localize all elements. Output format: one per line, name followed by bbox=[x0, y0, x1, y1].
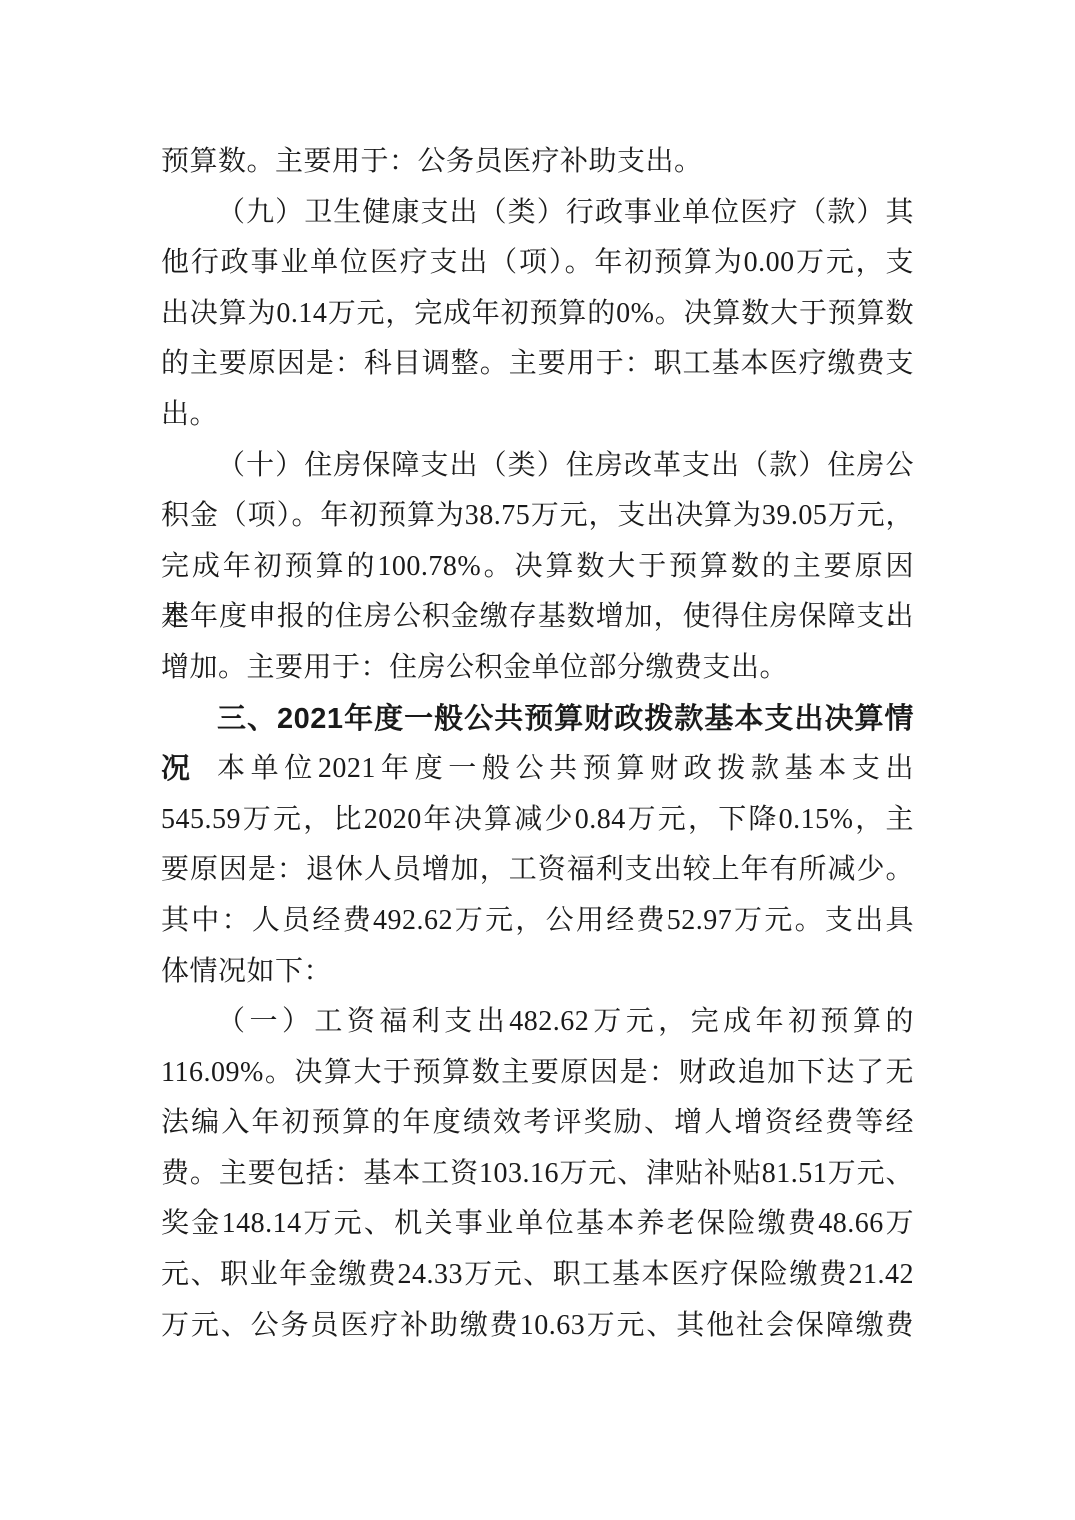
text-line: （一）工资福利支出482.62万元，完成年初预算的 bbox=[161, 997, 914, 1048]
text-line: 体情况如下： bbox=[161, 947, 914, 998]
text-line: 法编入年初预算的年度绩效考评奖励、增人增资经费等经 bbox=[161, 1098, 914, 1149]
text-line: 增加。主要用于：住房公积金单位部分缴费支出。 bbox=[161, 643, 914, 694]
text-line: 116.09%。决算大于预算数主要原因是：财政追加下达了无 bbox=[161, 1048, 914, 1099]
text-line: 本年度申报的住房公积金缴存基数增加，使得住房保障支出 bbox=[161, 592, 914, 643]
text-line: 完成年初预算的100.78%。决算数大于预算数的主要原因是： bbox=[161, 542, 914, 593]
text-line: 545.59万元，比2020年决算减少0.84万元，下降0.15%，主 bbox=[161, 795, 914, 846]
text-line: （九）卫生健康支出（类）行政事业单位医疗（款）其 bbox=[161, 188, 914, 239]
text-line: 出决算为0.14万元，完成年初预算的0%。决算数大于预算数 bbox=[161, 289, 914, 340]
document-text-block: 预算数。主要用于：公务员医疗补助支出。（九）卫生健康支出（类）行政事业单位医疗（… bbox=[161, 137, 914, 1351]
text-line: （十）住房保障支出（类）住房改革支出（款）住房公 bbox=[161, 441, 914, 492]
text-line: 元、职业年金缴费24.33万元、职工基本医疗保险缴费21.42 bbox=[161, 1250, 914, 1301]
text-line: 本单位2021年度一般公共预算财政拨款基本支出 bbox=[161, 744, 914, 795]
text-line: 的主要原因是：科目调整。主要用于：职工基本医疗缴费支 bbox=[161, 339, 914, 390]
text-line: 费。主要包括：基本工资103.16万元、津贴补贴81.51万元、 bbox=[161, 1149, 914, 1200]
section-heading: 三、2021年度一般公共预算财政拨款基本支出决算情况 bbox=[161, 694, 914, 745]
text-line: 万元、公务员医疗补助缴费10.63万元、其他社会保障缴费 bbox=[161, 1301, 914, 1352]
text-line: 要原因是：退休人员增加，工资福利支出较上年有所减少。 bbox=[161, 845, 914, 896]
text-line: 他行政事业单位医疗支出（项）。年初预算为0.00万元，支 bbox=[161, 238, 914, 289]
text-line: 积金（项）。年初预算为38.75万元，支出决算为39.05万元， bbox=[161, 491, 914, 542]
document-page: 预算数。主要用于：公务员医疗补助支出。（九）卫生健康支出（类）行政事业单位医疗（… bbox=[0, 0, 1075, 1520]
text-line: 奖金148.14万元、机关事业单位基本养老保险缴费48.66万 bbox=[161, 1199, 914, 1250]
text-line: 其中：人员经费492.62万元，公用经费52.97万元。支出具 bbox=[161, 896, 914, 947]
text-line: 出。 bbox=[161, 390, 914, 441]
text-line: 预算数。主要用于：公务员医疗补助支出。 bbox=[161, 137, 914, 188]
